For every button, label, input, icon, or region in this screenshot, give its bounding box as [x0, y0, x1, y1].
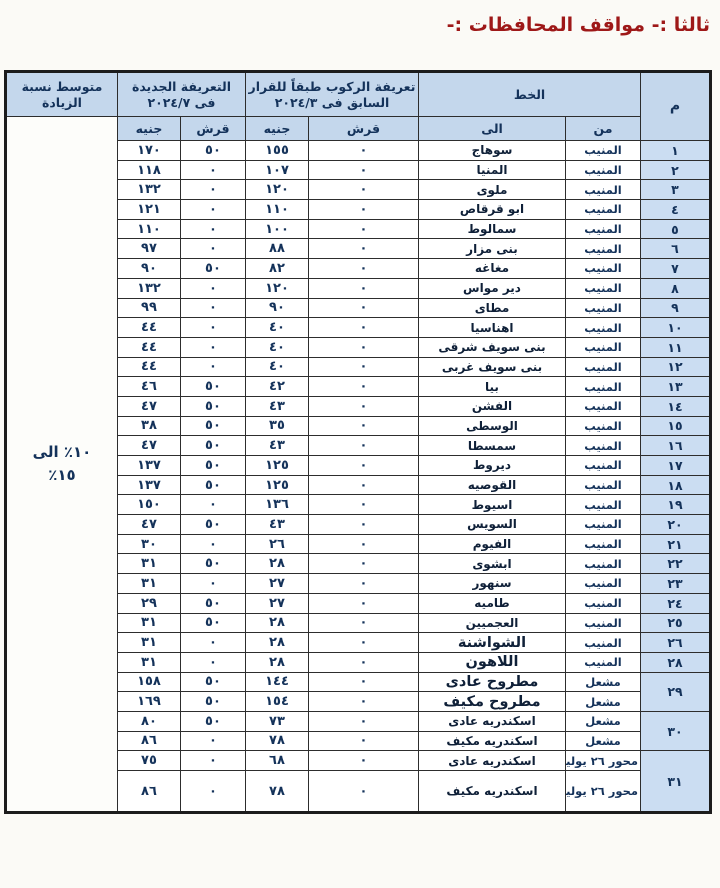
prev-pounds-cell: ١٢٠: [245, 180, 308, 200]
prev-pounds-cell: ٤٣: [245, 515, 308, 535]
row-number-cell: ٩: [641, 298, 711, 318]
row-number-cell: ١٥: [641, 416, 711, 436]
prev-piasters-cell: ٠: [309, 298, 419, 318]
new-piasters-cell: ٥٠: [180, 711, 245, 731]
from-cell: المنيب: [566, 160, 641, 180]
prev-piasters-cell: ٠: [309, 259, 419, 279]
to-cell: سنهور: [419, 574, 566, 594]
document-page: ثالثا :- مواقف المحافظات :- م الخط تعريف…: [0, 0, 720, 888]
new-pounds-cell: ٤٧: [117, 436, 180, 456]
new-pounds-cell: ٤٦: [117, 377, 180, 397]
new-piasters-cell: ٠: [180, 180, 245, 200]
increase-range-text: ١٠٪ الى ١٥٪: [25, 441, 99, 488]
to-cell: الوسطى: [419, 416, 566, 436]
row-number-cell: ٣١: [641, 751, 711, 813]
new-piasters-cell: ٥٠: [180, 672, 245, 692]
from-cell: المنيب: [566, 396, 641, 416]
prev-piasters-cell: ٠: [309, 239, 419, 259]
prev-piasters-cell: ٠: [309, 475, 419, 495]
col-header-new-piasters: قرش: [180, 117, 245, 141]
prev-piasters-cell: ٠: [309, 180, 419, 200]
row-number-cell: ١٨: [641, 475, 711, 495]
new-pounds-cell: ١٣٢: [117, 180, 180, 200]
col-header-prev-pounds: جنيه: [245, 117, 308, 141]
prev-piasters-cell: ٠: [309, 711, 419, 731]
prev-piasters-cell: ٠: [309, 515, 419, 535]
new-piasters-cell: ٠: [180, 633, 245, 653]
new-piasters-cell: ٥٠: [180, 259, 245, 279]
prev-pounds-cell: ٨٢: [245, 259, 308, 279]
from-cell: محور ٢٦ يوليو: [566, 771, 641, 813]
new-piasters-cell: ٠: [180, 318, 245, 338]
new-piasters-cell: ٥٠: [180, 416, 245, 436]
row-number-cell: ١٩: [641, 495, 711, 515]
prev-pounds-cell: ٢٦: [245, 534, 308, 554]
prev-pounds-cell: ١٢٥: [245, 475, 308, 495]
prev-pounds-cell: ١٠٧: [245, 160, 308, 180]
to-cell: مغاغه: [419, 259, 566, 279]
governorate-fares-table: م الخط تعريفة الركوب طبقاً للقرار السابق…: [4, 70, 712, 814]
new-pounds-cell: ٣١: [117, 554, 180, 574]
new-piasters-cell: ٥٠: [180, 436, 245, 456]
from-cell: المنيب: [566, 219, 641, 239]
to-cell: الفشن: [419, 396, 566, 416]
prev-pounds-cell: ١١٠: [245, 200, 308, 220]
from-cell: المنيب: [566, 652, 641, 672]
new-pounds-cell: ١٥٠: [117, 495, 180, 515]
new-piasters-cell: ٠: [180, 771, 245, 813]
row-number-cell: ٢٤: [641, 593, 711, 613]
prev-piasters-cell: ٠: [309, 672, 419, 692]
to-cell: بنى سويف شرقى: [419, 337, 566, 357]
new-pounds-cell: ١١٨: [117, 160, 180, 180]
from-cell: المنيب: [566, 475, 641, 495]
row-number-cell: ٢٩: [641, 672, 711, 711]
new-piasters-cell: ٠: [180, 219, 245, 239]
col-header-new-pounds: جنيه: [117, 117, 180, 141]
row-number-cell: ٢٣: [641, 574, 711, 594]
to-cell: اسكندريه عادى: [419, 751, 566, 771]
new-pounds-cell: ٤٧: [117, 396, 180, 416]
new-pounds-cell: ١٥٨: [117, 672, 180, 692]
to-cell: مطروح مكيف: [419, 692, 566, 712]
new-piasters-cell: ٥٠: [180, 377, 245, 397]
col-header-new-tariff: التعريفة الجديدة فى ٢٠٢٤/٧: [117, 72, 245, 117]
prev-piasters-cell: ٠: [309, 771, 419, 813]
from-cell: المنيب: [566, 298, 641, 318]
new-piasters-cell: ٠: [180, 160, 245, 180]
new-pounds-cell: ٤٤: [117, 337, 180, 357]
from-cell: المنيب: [566, 633, 641, 653]
new-piasters-cell: ٠: [180, 200, 245, 220]
prev-pounds-cell: ٣٥: [245, 416, 308, 436]
from-cell: المنيب: [566, 278, 641, 298]
from-cell: محور ٢٦ يوليو: [566, 751, 641, 771]
row-number-cell: ١٧: [641, 456, 711, 476]
from-cell: مشعل: [566, 731, 641, 751]
from-cell: المنيب: [566, 318, 641, 338]
prev-pounds-cell: ٢٧: [245, 574, 308, 594]
new-piasters-cell: ٥٠: [180, 456, 245, 476]
to-cell: مطاى: [419, 298, 566, 318]
new-pounds-cell: ٧٥: [117, 751, 180, 771]
row-number-cell: ٧: [641, 259, 711, 279]
to-cell: الشواشنة: [419, 633, 566, 653]
from-cell: المنيب: [566, 259, 641, 279]
new-pounds-cell: ٩٠: [117, 259, 180, 279]
new-piasters-cell: ٠: [180, 574, 245, 594]
to-cell: اسيوط: [419, 495, 566, 515]
to-cell: سمسطا: [419, 436, 566, 456]
new-pounds-cell: ٩٩: [117, 298, 180, 318]
prev-piasters-cell: ٠: [309, 396, 419, 416]
new-pounds-cell: ٤٤: [117, 357, 180, 377]
row-number-cell: ١٢: [641, 357, 711, 377]
to-cell: ابشوى: [419, 554, 566, 574]
col-header-to: الى: [419, 117, 566, 141]
new-piasters-cell: ٥٠: [180, 613, 245, 633]
new-piasters-cell: ٠: [180, 239, 245, 259]
prev-piasters-cell: ٠: [309, 219, 419, 239]
col-header-num: م: [641, 72, 711, 141]
row-number-cell: ٤: [641, 200, 711, 220]
from-cell: المنيب: [566, 554, 641, 574]
prev-piasters-cell: ٠: [309, 416, 419, 436]
prev-piasters-cell: ٠: [309, 692, 419, 712]
row-number-cell: ١٠: [641, 318, 711, 338]
prev-piasters-cell: ٠: [309, 337, 419, 357]
prev-pounds-cell: ٦٨: [245, 751, 308, 771]
prev-pounds-cell: ٢٧: [245, 593, 308, 613]
from-cell: المنيب: [566, 593, 641, 613]
from-cell: المنيب: [566, 357, 641, 377]
row-number-cell: ٢٦: [641, 633, 711, 653]
new-pounds-cell: ١٣٧: [117, 475, 180, 495]
from-cell: المنيب: [566, 515, 641, 535]
col-header-line: الخط: [419, 72, 641, 117]
prev-pounds-cell: ٧٨: [245, 771, 308, 813]
prev-pounds-cell: ٤٠: [245, 357, 308, 377]
row-number-cell: ٣: [641, 180, 711, 200]
new-pounds-cell: ٤٧: [117, 515, 180, 535]
new-pounds-cell: ٨٦: [117, 731, 180, 751]
prev-piasters-cell: ٠: [309, 574, 419, 594]
new-pounds-cell: ٨٦: [117, 771, 180, 813]
to-cell: بيا: [419, 377, 566, 397]
prev-pounds-cell: ٤٣: [245, 396, 308, 416]
from-cell: المنيب: [566, 377, 641, 397]
prev-pounds-cell: ١٥٤: [245, 692, 308, 712]
prev-pounds-cell: ١٤٤: [245, 672, 308, 692]
new-piasters-cell: ٠: [180, 278, 245, 298]
prev-pounds-cell: ٩٠: [245, 298, 308, 318]
new-pounds-cell: ٣٨: [117, 416, 180, 436]
header-row-subcolumns: من الى قرش جنيه قرش جنيه ١٠٪ الى ١٥٪: [5, 117, 710, 141]
prev-piasters-cell: ٠: [309, 633, 419, 653]
from-cell: المنيب: [566, 456, 641, 476]
row-number-cell: ٢٠: [641, 515, 711, 535]
to-cell: السويس: [419, 515, 566, 535]
new-piasters-cell: ٠: [180, 337, 245, 357]
new-pounds-cell: ١٣٢: [117, 278, 180, 298]
new-piasters-cell: ٥٠: [180, 692, 245, 712]
to-cell: ابو قرقاص: [419, 200, 566, 220]
row-number-cell: ١٦: [641, 436, 711, 456]
prev-pounds-cell: ٤٠: [245, 318, 308, 338]
increase-range-cell: ١٠٪ الى ١٥٪: [5, 117, 117, 813]
row-number-cell: ٢٥: [641, 613, 711, 633]
new-piasters-cell: ٠: [180, 731, 245, 751]
new-piasters-cell: ٠: [180, 298, 245, 318]
prev-pounds-cell: ٢٨: [245, 633, 308, 653]
from-cell: المنيب: [566, 574, 641, 594]
new-pounds-cell: ٣١: [117, 652, 180, 672]
row-number-cell: ٢: [641, 160, 711, 180]
prev-pounds-cell: ٢٨: [245, 554, 308, 574]
prev-pounds-cell: ١٥٥: [245, 141, 308, 161]
prev-piasters-cell: ٠: [309, 278, 419, 298]
prev-pounds-cell: ٤٠: [245, 337, 308, 357]
new-pounds-cell: ١١٠: [117, 219, 180, 239]
row-number-cell: ٣٠: [641, 711, 711, 750]
new-pounds-cell: ٣١: [117, 633, 180, 653]
to-cell: بنى مزار: [419, 239, 566, 259]
row-number-cell: ١١: [641, 337, 711, 357]
new-piasters-cell: ٠: [180, 751, 245, 771]
new-piasters-cell: ٥٠: [180, 593, 245, 613]
new-piasters-cell: ٥٠: [180, 554, 245, 574]
header-row-groups: م الخط تعريفة الركوب طبقاً للقرار السابق…: [5, 72, 710, 117]
new-pounds-cell: ٤٤: [117, 318, 180, 338]
new-pounds-cell: ٩٧: [117, 239, 180, 259]
new-pounds-cell: ١٧٠: [117, 141, 180, 161]
prev-pounds-cell: ٨٨: [245, 239, 308, 259]
from-cell: المنيب: [566, 613, 641, 633]
to-cell: اللاهون: [419, 652, 566, 672]
prev-pounds-cell: ١٠٠: [245, 219, 308, 239]
prev-piasters-cell: ٠: [309, 731, 419, 751]
new-pounds-cell: ٢٩: [117, 593, 180, 613]
row-number-cell: ٦: [641, 239, 711, 259]
prev-piasters-cell: ٠: [309, 495, 419, 515]
new-pounds-cell: ١٣٧: [117, 456, 180, 476]
to-cell: اسكندريه مكيف: [419, 771, 566, 813]
prev-piasters-cell: ٠: [309, 318, 419, 338]
prev-pounds-cell: ٤٣: [245, 436, 308, 456]
new-pounds-cell: ٣١: [117, 574, 180, 594]
row-number-cell: ٢٨: [641, 652, 711, 672]
prev-piasters-cell: ٠: [309, 613, 419, 633]
new-pounds-cell: ١٦٩: [117, 692, 180, 712]
to-cell: سمالوط: [419, 219, 566, 239]
from-cell: مشعل: [566, 711, 641, 731]
col-header-prev-piasters: قرش: [309, 117, 419, 141]
new-piasters-cell: ٠: [180, 534, 245, 554]
to-cell: اسكندريه مكيف: [419, 731, 566, 751]
prev-piasters-cell: ٠: [309, 377, 419, 397]
new-piasters-cell: ٥٠: [180, 515, 245, 535]
to-cell: اهناسيا: [419, 318, 566, 338]
new-pounds-cell: ١٢١: [117, 200, 180, 220]
prev-pounds-cell: ٤٢: [245, 377, 308, 397]
to-cell: المنيا: [419, 160, 566, 180]
from-cell: المنيب: [566, 180, 641, 200]
row-number-cell: ١٤: [641, 396, 711, 416]
prev-pounds-cell: ١٣٦: [245, 495, 308, 515]
col-header-increase: متوسط نسبة الزيادة: [5, 72, 117, 117]
from-cell: المنيب: [566, 337, 641, 357]
prev-piasters-cell: ٠: [309, 160, 419, 180]
page-title: ثالثا :- مواقف المحافظات :-: [447, 14, 710, 36]
row-number-cell: ٨: [641, 278, 711, 298]
row-number-cell: ٢٢: [641, 554, 711, 574]
to-cell: سوهاج: [419, 141, 566, 161]
prev-piasters-cell: ٠: [309, 200, 419, 220]
from-cell: المنيب: [566, 141, 641, 161]
to-cell: مطروح عادى: [419, 672, 566, 692]
new-piasters-cell: ٠: [180, 495, 245, 515]
new-piasters-cell: ٠: [180, 652, 245, 672]
prev-pounds-cell: ٢٨: [245, 652, 308, 672]
to-cell: دير مواس: [419, 278, 566, 298]
prev-piasters-cell: ٠: [309, 751, 419, 771]
prev-piasters-cell: ٠: [309, 436, 419, 456]
from-cell: المنيب: [566, 416, 641, 436]
from-cell: المنيب: [566, 495, 641, 515]
new-pounds-cell: ٣١: [117, 613, 180, 633]
prev-piasters-cell: ٠: [309, 456, 419, 476]
prev-piasters-cell: ٠: [309, 554, 419, 574]
to-cell: طاميه: [419, 593, 566, 613]
prev-pounds-cell: ٢٨: [245, 613, 308, 633]
row-number-cell: ١: [641, 141, 711, 161]
prev-piasters-cell: ٠: [309, 593, 419, 613]
prev-piasters-cell: ٠: [309, 357, 419, 377]
row-number-cell: ٢١: [641, 534, 711, 554]
col-header-prev-tariff: تعريفة الركوب طبقاً للقرار السابق فى ٢٠٢…: [245, 72, 418, 117]
to-cell: ديروط: [419, 456, 566, 476]
new-piasters-cell: ٥٠: [180, 141, 245, 161]
from-cell: المنيب: [566, 200, 641, 220]
to-cell: العجميين: [419, 613, 566, 633]
new-piasters-cell: ٠: [180, 357, 245, 377]
from-cell: المنيب: [566, 436, 641, 456]
to-cell: الفيوم: [419, 534, 566, 554]
prev-pounds-cell: ٧٨: [245, 731, 308, 751]
prev-piasters-cell: ٠: [309, 534, 419, 554]
new-pounds-cell: ٣٠: [117, 534, 180, 554]
prev-pounds-cell: ٧٣: [245, 711, 308, 731]
to-cell: اسكندريه عادى: [419, 711, 566, 731]
from-cell: المنيب: [566, 534, 641, 554]
from-cell: مشعل: [566, 692, 641, 712]
new-piasters-cell: ٥٠: [180, 396, 245, 416]
prev-piasters-cell: ٠: [309, 652, 419, 672]
prev-pounds-cell: ١٢٠: [245, 278, 308, 298]
to-cell: ملوى: [419, 180, 566, 200]
new-piasters-cell: ٥٠: [180, 475, 245, 495]
from-cell: مشعل: [566, 672, 641, 692]
from-cell: المنيب: [566, 239, 641, 259]
to-cell: القوصيه: [419, 475, 566, 495]
prev-pounds-cell: ١٢٥: [245, 456, 308, 476]
prev-piasters-cell: ٠: [309, 141, 419, 161]
to-cell: بنى سويف غربى: [419, 357, 566, 377]
new-pounds-cell: ٨٠: [117, 711, 180, 731]
row-number-cell: ١٣: [641, 377, 711, 397]
col-header-from: من: [566, 117, 641, 141]
row-number-cell: ٥: [641, 219, 711, 239]
